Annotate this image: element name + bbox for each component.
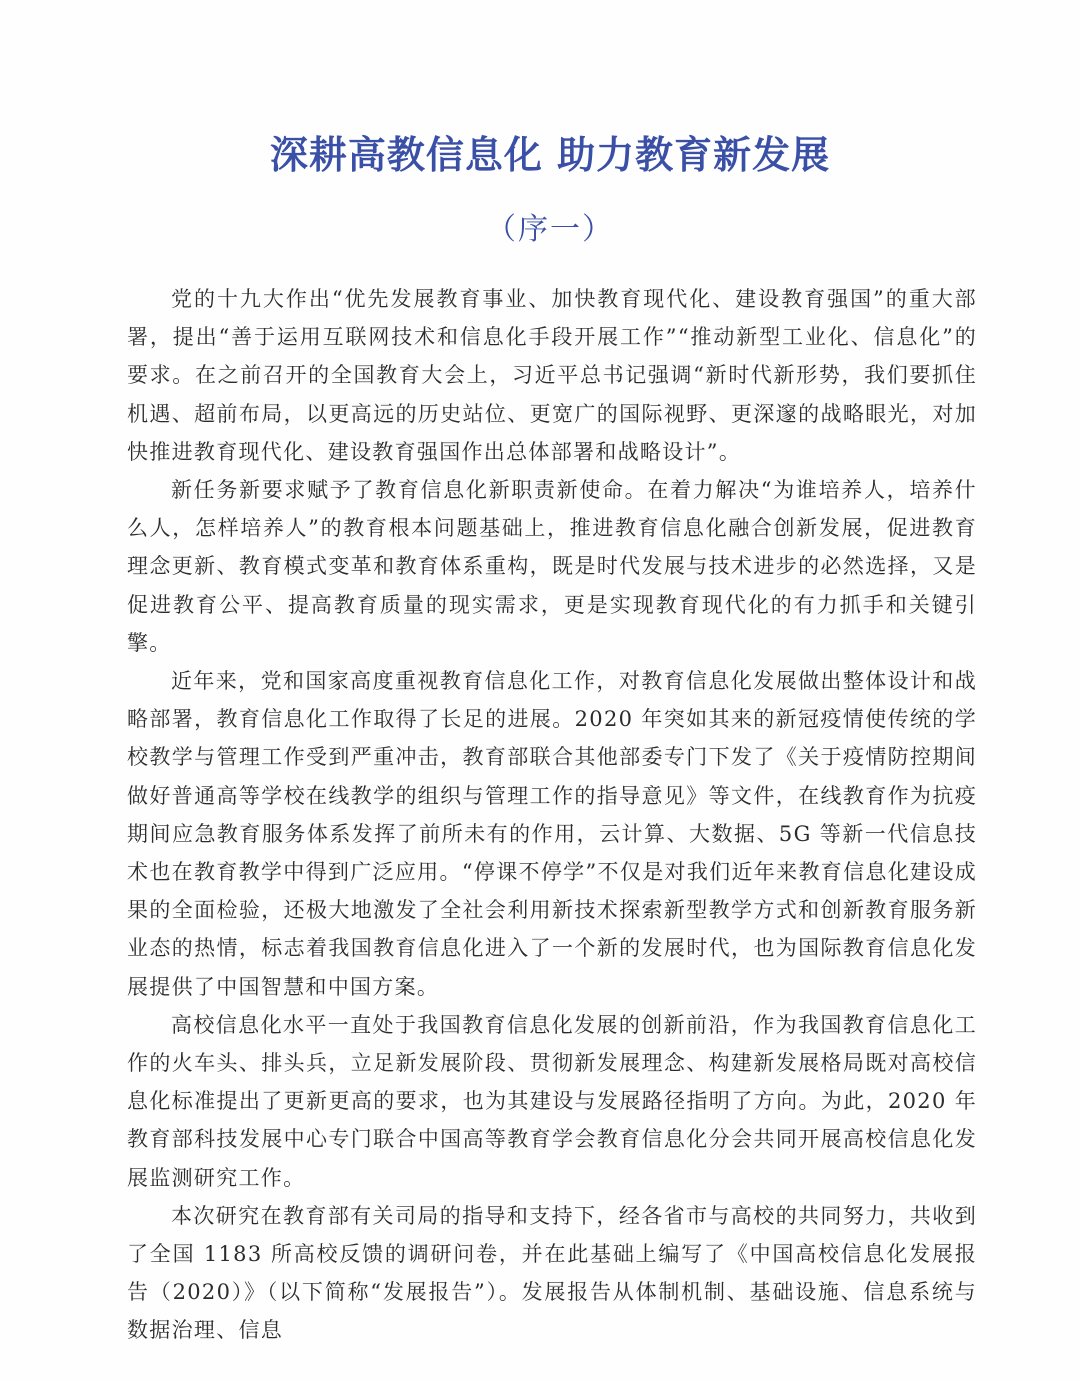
paragraph: 本次研究在教育部有关司局的指导和支持下，经各省市与高校的共同努力，共收到了全国 … [127,1197,977,1350]
page-title: 深耕高教信息化 助力教育新发展 [0,130,1080,180]
paragraph: 党的十九大作出“优先发展教育事业、加快教育现代化、建设教育强国”的重大部署，提出… [127,280,977,471]
document-page: 深耕高教信息化 助力教育新发展 （序一） 党的十九大作出“优先发展教育事业、加快… [0,0,1080,1381]
paragraph: 高校信息化水平一直处于我国教育信息化发展的创新前沿，作为我国教育信息化工作的火车… [127,1006,977,1197]
paragraph: 近年来，党和国家高度重视教育信息化工作，对教育信息化发展做出整体设计和战略部署，… [127,662,977,1006]
page-subtitle: （序一） [0,208,1080,252]
paragraph: 新任务新要求赋予了教育信息化新职责新使命。在着力解决“为谁培养人，培养什么人，怎… [127,471,977,662]
body-text: 党的十九大作出“优先发展教育事业、加快教育现代化、建设教育强国”的重大部署，提出… [127,280,977,1350]
